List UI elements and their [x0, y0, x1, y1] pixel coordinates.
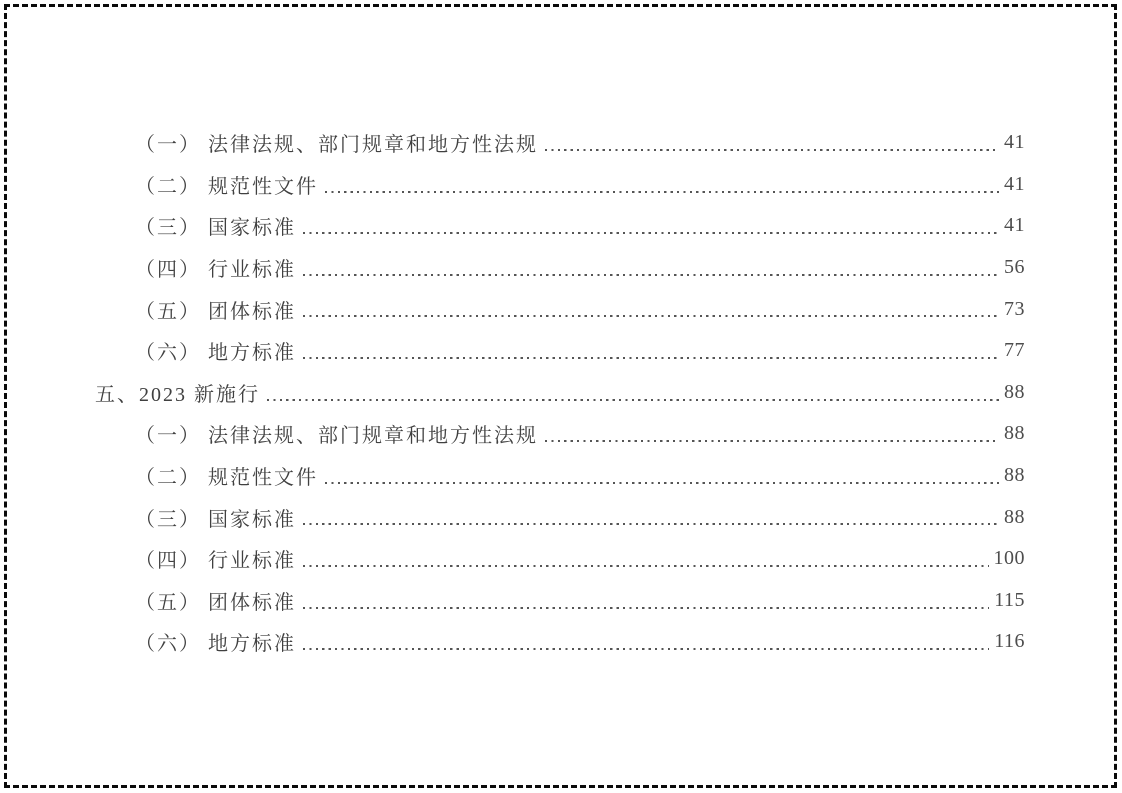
toc-entry-label: （五） 团体标准	[135, 295, 296, 324]
toc-entry[interactable]: （五） 团体标准 73	[95, 288, 1025, 330]
toc-entry-label: （六） 地方标准	[135, 336, 296, 365]
toc-entry-label: （三） 国家标准	[135, 503, 296, 532]
dot-leader	[303, 356, 999, 359]
toc-entry-page: 77	[1004, 339, 1025, 362]
toc-entry[interactable]: （三） 国家标准 41	[95, 205, 1025, 247]
toc-entry-page: 41	[1004, 131, 1025, 154]
table-of-contents: （一） 法律法规、部门规章和地方性法规 41 （二） 规范性文件 41 （三） …	[95, 122, 1025, 663]
toc-entry-page: 73	[1004, 298, 1025, 321]
dot-leader	[303, 606, 989, 609]
toc-entry-label: （六） 地方标准	[135, 627, 296, 656]
toc-entry-page: 115	[994, 589, 1025, 612]
toc-entry-page: 100	[994, 547, 1026, 570]
toc-entry-label: （一） 法律法规、部门规章和地方性法规	[135, 128, 538, 157]
dot-leader	[303, 315, 999, 318]
toc-entry-page: 56	[1004, 256, 1025, 279]
toc-entry[interactable]: （六） 地方标准 77	[95, 330, 1025, 372]
toc-entry-label: （五） 团体标准	[135, 586, 296, 615]
dot-leader	[325, 190, 999, 193]
toc-entry[interactable]: （二） 规范性文件 88	[95, 455, 1025, 497]
dot-leader	[545, 148, 999, 151]
toc-entry[interactable]: （一） 法律法规、部门规章和地方性法规 41	[95, 122, 1025, 164]
toc-entry[interactable]: （三） 国家标准 88	[95, 496, 1025, 538]
toc-entry[interactable]: 五、2023 新施行 88	[95, 372, 1025, 414]
toc-entry-label: 五、2023 新施行	[95, 378, 260, 407]
toc-entry-label: （三） 国家标准	[135, 211, 296, 240]
toc-entry-label: （四） 行业标准	[135, 544, 296, 573]
dot-leader	[545, 439, 999, 442]
toc-entry[interactable]: （二） 规范性文件 41	[95, 164, 1025, 206]
toc-entry-page: 88	[1004, 381, 1025, 404]
toc-entry-label: （二） 规范性文件	[135, 461, 318, 490]
toc-entry[interactable]: （五） 团体标准 115	[95, 580, 1025, 622]
toc-entry-page: 88	[1004, 506, 1025, 529]
dot-leader	[325, 481, 999, 484]
dot-leader	[303, 564, 989, 567]
dot-leader	[303, 647, 989, 650]
toc-entry-page: 41	[1004, 214, 1025, 237]
toc-entry[interactable]: （一） 法律法规、部门规章和地方性法规 88	[95, 413, 1025, 455]
dot-leader	[303, 231, 999, 234]
toc-entry-page: 41	[1004, 173, 1025, 196]
dot-leader	[303, 523, 999, 526]
toc-entry-label: （四） 行业标准	[135, 253, 296, 282]
toc-entry-label: （二） 规范性文件	[135, 170, 318, 199]
toc-entry-page: 88	[1004, 464, 1025, 487]
dot-leader	[303, 273, 999, 276]
toc-entry-page: 88	[1004, 422, 1025, 445]
toc-entry[interactable]: （四） 行业标准 100	[95, 538, 1025, 580]
toc-entry-page: 116	[994, 630, 1025, 653]
dot-leader	[267, 398, 999, 401]
toc-entry[interactable]: （四） 行业标准 56	[95, 247, 1025, 289]
toc-entry-label: （一） 法律法规、部门规章和地方性法规	[135, 419, 538, 448]
toc-entry[interactable]: （六） 地方标准 116	[95, 621, 1025, 663]
